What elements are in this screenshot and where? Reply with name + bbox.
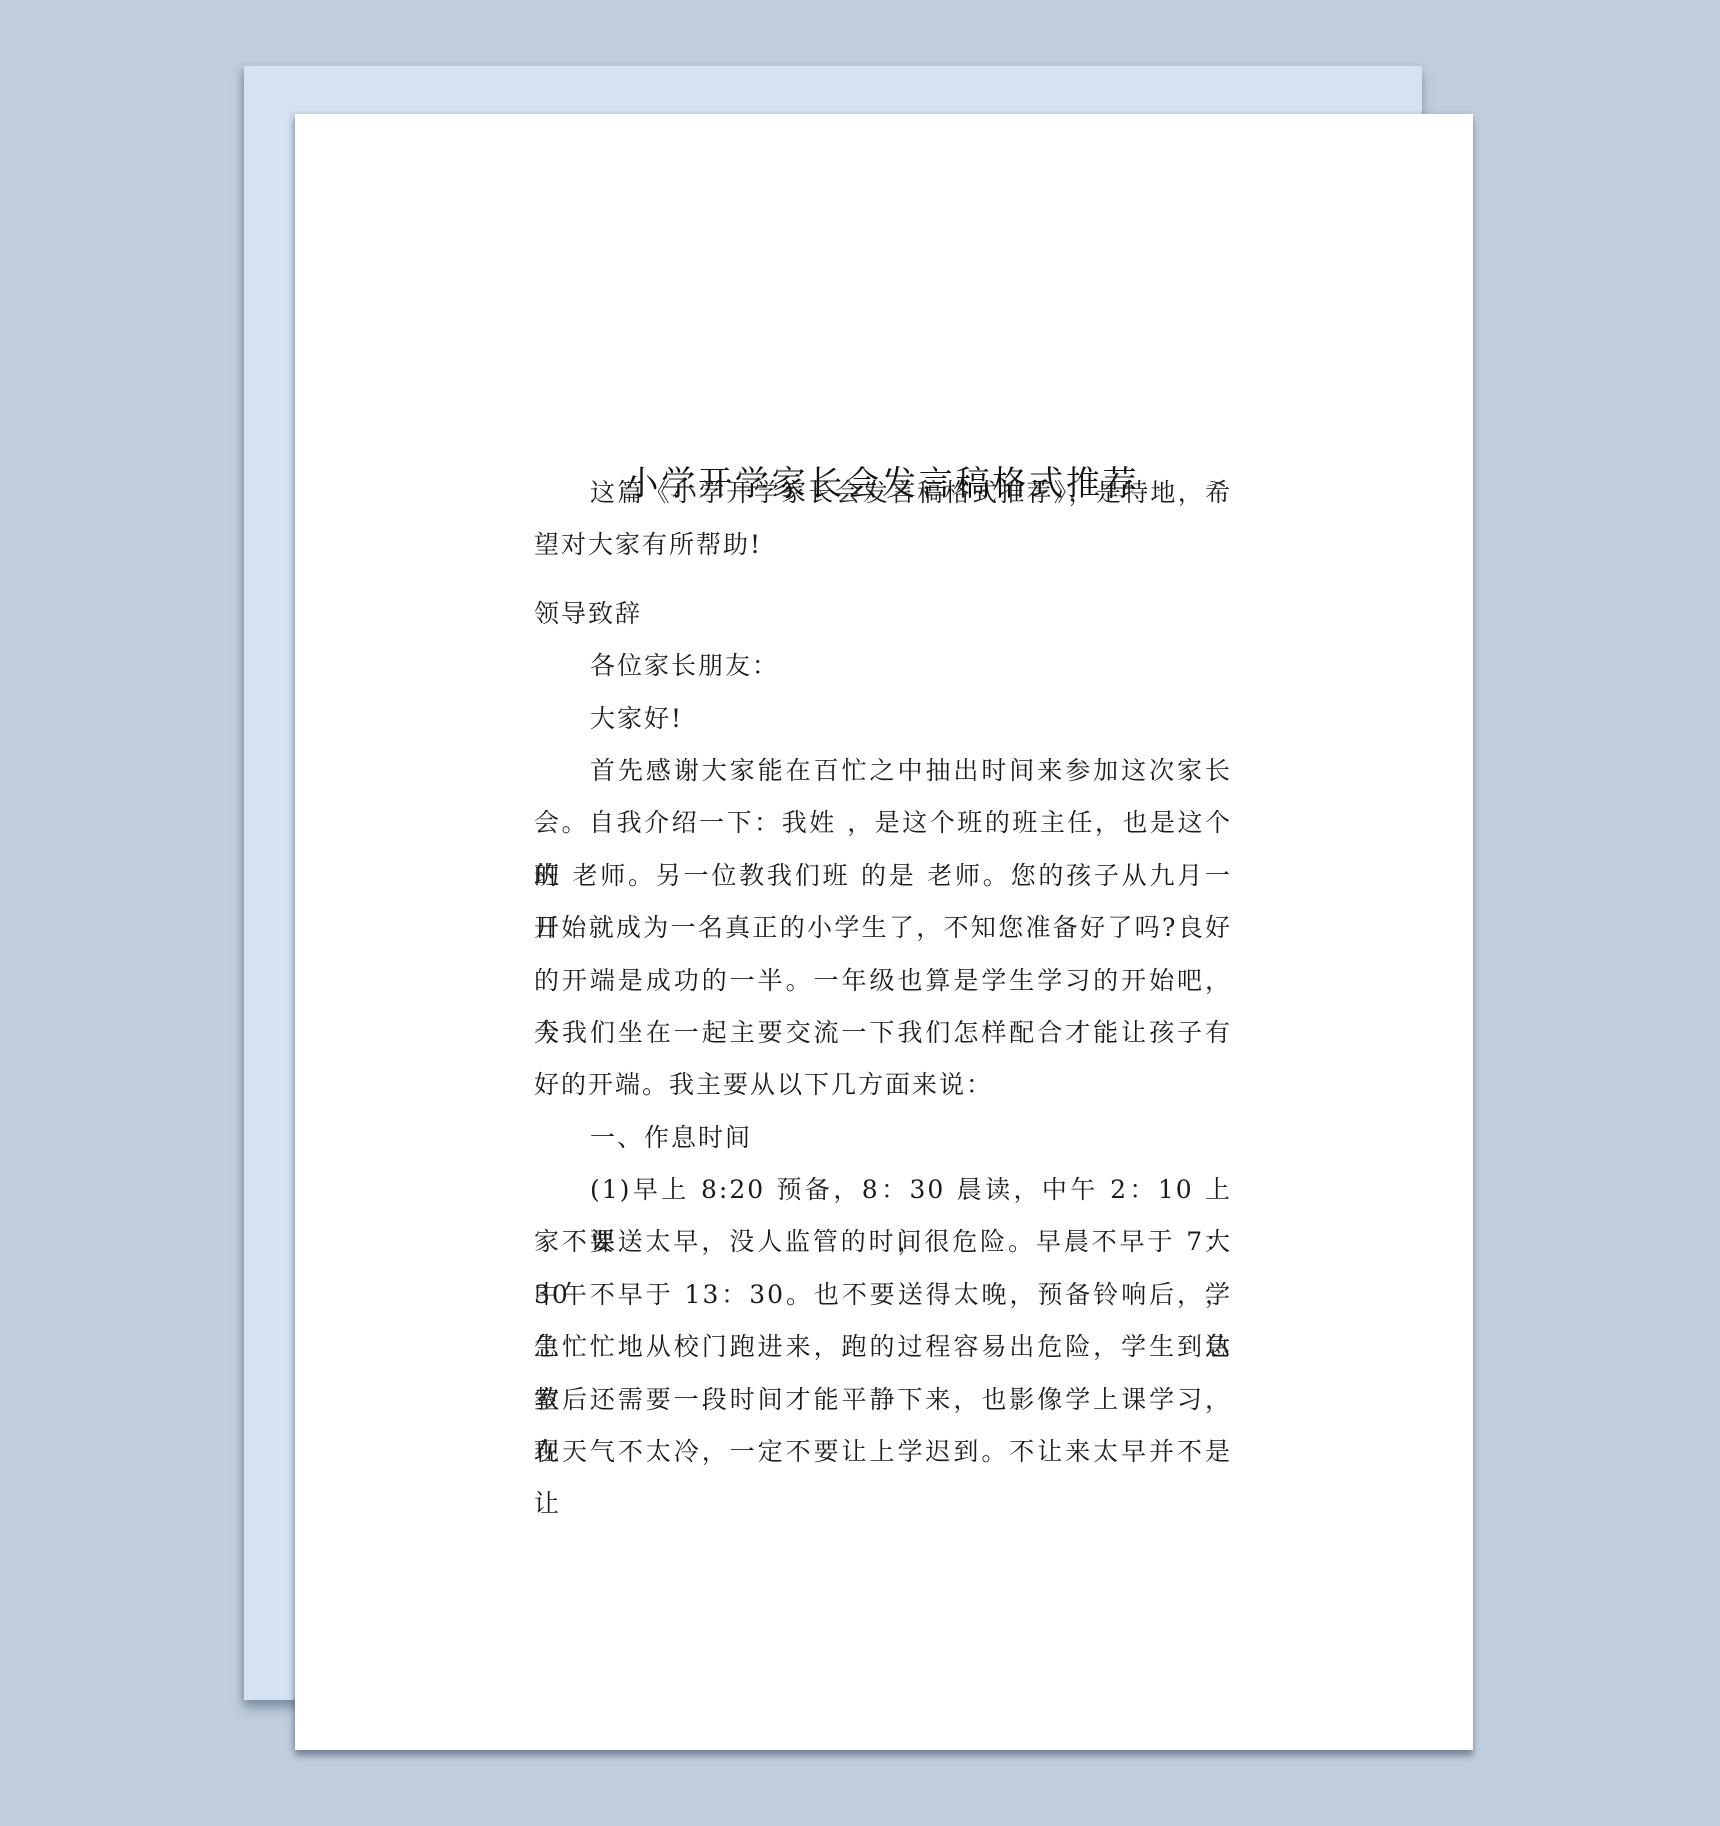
body-line: (1)早上 8:20 预备，8：30 晨读，中午 2：10 上课，大 [534,1164,1232,1216]
body-line: 急忙忙地从校门跑进来，跑的过程容易出危险，学生到达教 [534,1321,1232,1373]
body-line: 这篇《小学开学家长会发言稿格式推荐》，是特地，希 [534,467,1232,519]
section-heading: 领导致辞 [534,588,1232,640]
greeting-line: 大家好! [534,693,1232,745]
body-line: 家不要送太早，没人监管的时间很危险。早晨不早于 7：30， [534,1216,1232,1268]
body-line: 开始就成为一名真正的小学生了，不知您准备好了吗?良好 [534,902,1232,954]
salutation-line: 各位家长朋友： [534,640,1232,692]
body-line: 首先感谢大家能在百忙之中抽出时间来参加这次家长 [534,745,1232,797]
body-line: 中午不早于 13：30。也不要送得太晚，预备铃响后，学生急 [534,1269,1232,1321]
body-line: 望对大家有所帮助! [534,519,1232,571]
body-line: 在天气不太冷，一定不要让上学迟到。不让来太早并不是让 [534,1426,1232,1478]
body-line: 会。自我介绍一下：我姓 ，是这个班的班主任，也是这个班 [534,797,1232,849]
body-line: 好的开端。我主要从以下几方面来说： [534,1059,1232,1111]
body-line: 室后还需要一段时间才能平静下来，也影像学上课学习，现 [534,1374,1232,1426]
body-line: 天我们坐在一起主要交流一下我们怎样配合才能让孩子有 [534,1007,1232,1059]
document-body: 这篇《小学开学家长会发言稿格式推荐》，是特地，希 望对大家有所帮助! 领导致辞 … [534,467,1232,1478]
body-line: 的 老师。另一位教我们班 的是 老师。您的孩子从九月一日 [534,850,1232,902]
document-page: 小学开学家长会发言稿格式推荐 这篇《小学开学家长会发言稿格式推荐》，是特地，希 … [295,114,1473,1750]
body-line: 的开端是成功的一半。一年级也算是学生学习的开始吧，今 [534,955,1232,1007]
subsection-heading: 一、作息时间 [534,1112,1232,1164]
